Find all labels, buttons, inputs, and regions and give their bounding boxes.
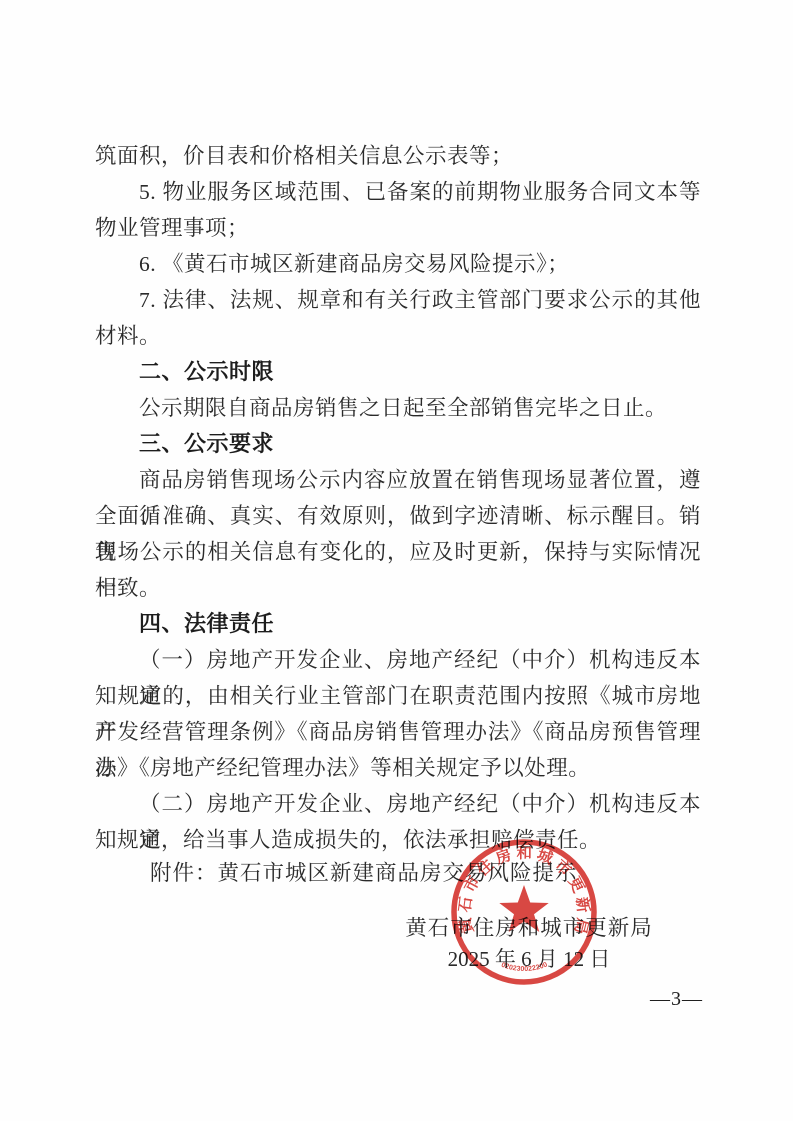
document-body: 筑面积，价目表和价格相关信息公示表等； 5. 物业服务区域范围、已备案的前期物业…: [95, 138, 701, 858]
document-line: 商品房销售现场公示内容应放置在销售现场显著位置，遵循: [95, 462, 701, 498]
page: { "doc": { "lines": [ { "text": "筑面积，价目表…: [0, 0, 793, 1121]
document-line: 现场公示的相关信息有变化的，应及时更新，保持与实际情况相: [95, 534, 701, 570]
document-line: 开发经营管理条例》《商品房销售管理办法》《商品房预售管理办: [95, 714, 701, 750]
document-line: 公示期限自商品房销售之日起至全部销售完毕之日止。: [95, 390, 701, 426]
document-line: 物业管理事项；: [95, 210, 701, 246]
page-number: —3—: [650, 988, 703, 1011]
section-heading: 三、公示要求: [95, 426, 701, 462]
document-line: 一致。: [95, 570, 701, 606]
document-line: 全面、准确、真实、有效原则，做到字迹清晰、标示醒目。销售: [95, 498, 701, 534]
document-line: 6. 《黄石市城区新建商品房交易风险提示》；: [95, 246, 701, 282]
star-icon: [499, 885, 548, 932]
section-heading: 四、法律责任: [95, 606, 701, 642]
document-line: 知规定的，由相关行业主管部门在职责范围内按照《城市房地产: [95, 678, 701, 714]
document-line: 知规定，给当事人造成损失的，依法承担赔偿责任。: [95, 822, 701, 858]
document-page: 筑面积，价目表和价格相关信息公示表等； 5. 物业服务区域范围、已备案的前期物业…: [0, 0, 793, 1121]
document-line: 筑面积，价目表和价格相关信息公示表等；: [95, 138, 701, 174]
document-line: 5. 物业服务区域范围、已备案的前期物业服务合同文本等: [95, 174, 701, 210]
section-heading: 二、公示时限: [95, 354, 701, 390]
official-seal: 黄石市住房和城市更新局 020230022200: [449, 837, 599, 987]
document-line: （一）房地产开发企业、房地产经纪（中介）机构违反本通: [95, 642, 701, 678]
seal-code-text: 020230022200: [500, 961, 548, 973]
document-line: 法》《房地产经纪管理办法》等相关规定予以处理。: [95, 750, 701, 786]
document-line: 7. 法律、法规、规章和有关行政主管部门要求公示的其他: [95, 282, 701, 318]
document-line: （二）房地产开发企业、房地产经纪（中介）机构违反本通: [95, 786, 701, 822]
document-line: 材料。: [95, 318, 701, 354]
